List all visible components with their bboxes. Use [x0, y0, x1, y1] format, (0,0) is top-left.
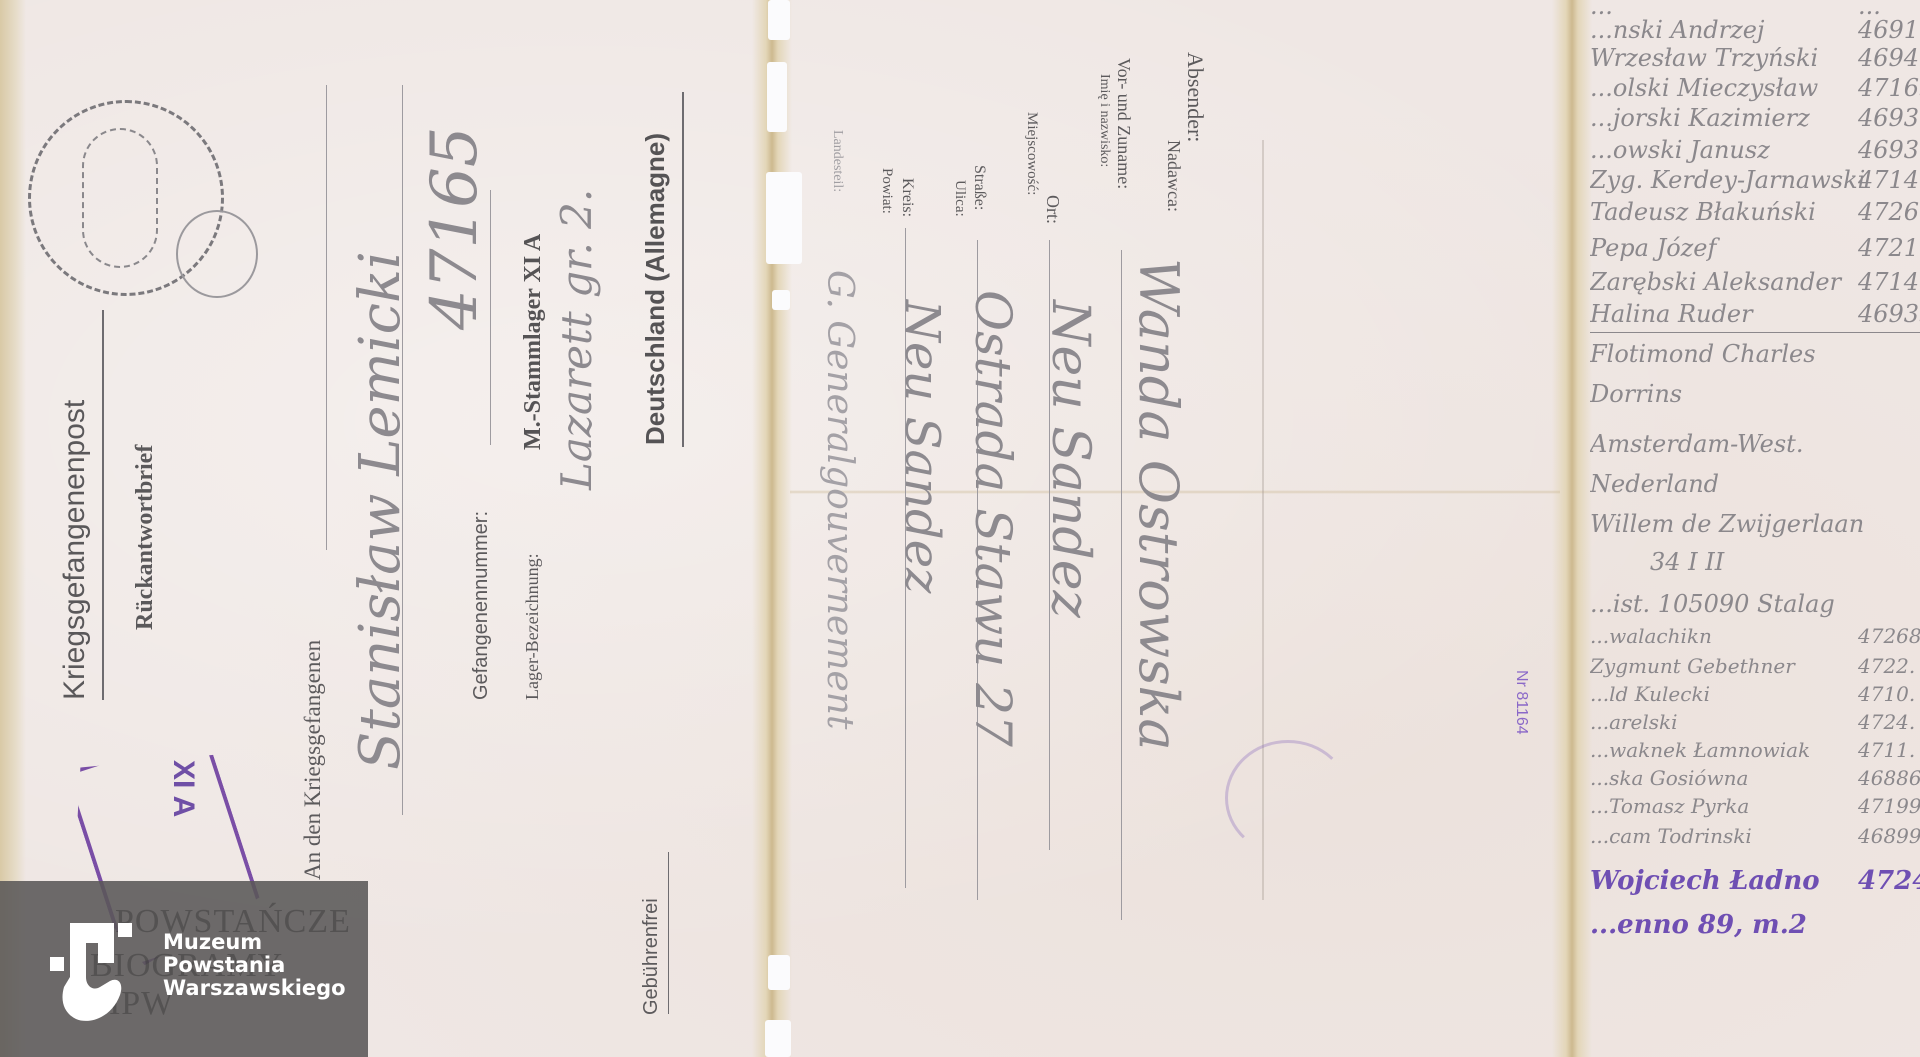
- town-label-pl: Miejscowość:: [1023, 112, 1040, 195]
- tear-hole: [767, 62, 787, 132]
- postmark-date-box: [82, 128, 158, 268]
- sender-town: Neu Sandez: [1040, 300, 1100, 618]
- museum-logo-badge: POWSTAŃCZE BIOGRAMY MPW Muzeum Powstania…: [0, 881, 368, 1057]
- list-item: Halina Ruder46935: [1590, 300, 1920, 333]
- tear-hole: [772, 290, 790, 310]
- list-item: Pepa Józef4721.: [1590, 234, 1920, 272]
- list-item: Tadeusz Błakuński4726.: [1590, 198, 1920, 236]
- list-item-violet: Wojciech Ładno47247: [1590, 866, 1920, 904]
- list-item: Dorrins: [1590, 380, 1920, 418]
- sender-label: Absender:: [1182, 52, 1208, 142]
- museum-name-line1: Muzeum: [163, 931, 346, 954]
- prisoner-number: 47165: [418, 126, 492, 330]
- censor-mark-circle: [176, 210, 258, 298]
- camp-printed: M.-Stammlager XI A: [520, 234, 547, 450]
- censor-stamp-text: XI A: [166, 760, 200, 817]
- sender-district: Neu Sandez: [894, 300, 950, 593]
- street-label-pl: Ulica:: [951, 180, 968, 217]
- right-fold: [1552, 0, 1592, 1057]
- postage-label: Gebührenfrei: [640, 898, 663, 1015]
- sender-street: Ostrada Stawu 27: [964, 290, 1022, 747]
- town-label: Ort:: [1042, 195, 1063, 224]
- list-item: 34 I II: [1590, 548, 1920, 586]
- name-field-line: [1121, 250, 1122, 920]
- sender-name: Wanda Ostrowska: [1127, 258, 1190, 751]
- district-label: Kreis:: [898, 178, 916, 217]
- anchor-logo-icon: [50, 917, 140, 1029]
- name-label-pl: Imię i nazwisko:: [1096, 74, 1112, 167]
- tear-hole: [765, 1020, 791, 1057]
- number-line: [490, 190, 491, 445]
- camp-handwritten: Lazarett gr. 2.: [552, 189, 601, 490]
- sender-label-pl: Nadawca:: [1163, 140, 1184, 212]
- country: Deutschland (Allemagne): [640, 133, 671, 445]
- name-line-2: [402, 85, 403, 815]
- camp-label: Lager-Bezeichnung:: [522, 553, 543, 700]
- prisoner-number-label: Gefangenennummer:: [470, 511, 493, 700]
- faint-violet-stamp: [1225, 740, 1351, 856]
- tear-hole: [768, 0, 790, 40]
- tear-hole: [768, 955, 790, 990]
- to-label: An den Kriegsgefangenen: [300, 640, 326, 880]
- list-item-violet: ...enno 89, m.2: [1590, 910, 1920, 948]
- list-item: Nederland: [1590, 470, 1920, 508]
- list-item: ...ist. 105090 Stalag: [1590, 590, 1920, 628]
- museum-name-line3: Warszawskiego: [163, 977, 346, 1000]
- postage-underline: [668, 852, 669, 1014]
- list-item: Flotimond Charles: [1590, 340, 1920, 378]
- violet-note: Nr 81164: [1512, 670, 1530, 735]
- province-label: Landesteil:: [829, 130, 845, 192]
- header-underline: [102, 310, 104, 700]
- header-title: Kriegsgefangenenpost: [58, 400, 92, 700]
- list-item: Amsterdam-West.: [1590, 430, 1920, 468]
- name-label: Vor- und Zuname:: [1113, 58, 1134, 189]
- document-scan: Kriegsgefangenenpost Rückantwortbrief XI…: [0, 0, 1920, 1057]
- sender-province: G. Generalgouvernement: [819, 270, 860, 729]
- tear-hole: [766, 172, 802, 264]
- list-item: ...cam Todrinski46899: [1590, 824, 1920, 862]
- prisoner-name: Stanisław Lemicki: [348, 251, 413, 770]
- country-underline: [682, 92, 684, 447]
- district-label-pl: Powiat:: [878, 168, 895, 214]
- name-line: [326, 85, 327, 550]
- center-fold: [752, 0, 792, 1057]
- subtitle: Rückantwortbrief: [132, 445, 159, 630]
- museum-name-line2: Powstania: [163, 954, 346, 977]
- list-item: Willem de Zwijgerlaan: [1590, 510, 1920, 548]
- street-label: Straße:: [970, 165, 988, 210]
- museum-name: Muzeum Powstania Warszawskiego: [163, 931, 346, 1000]
